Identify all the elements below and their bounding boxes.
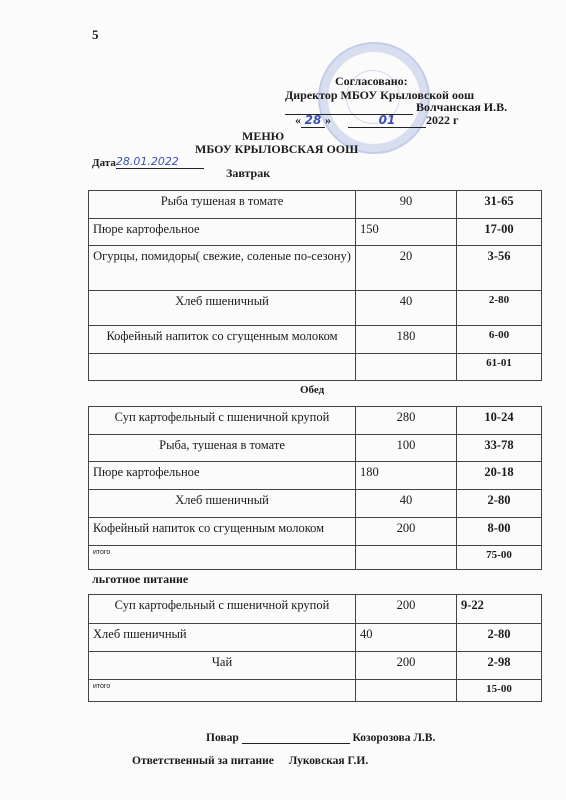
dish-price: 17-00	[457, 219, 542, 246]
dish-price: 2-80	[457, 624, 542, 652]
dish-weight: 200	[356, 652, 457, 680]
table-row: Пюре картофельное 150 17-00	[89, 219, 542, 246]
dish-price: 6-00	[457, 326, 542, 354]
approval-name: Волчанская И.В.	[416, 100, 507, 114]
dish-weight: 200	[356, 518, 457, 546]
dish-price: 2-98	[457, 652, 542, 680]
dish-price: 20-18	[457, 462, 542, 490]
dish-name: Рыба тушеная в томате	[89, 191, 356, 219]
total-row: 61-01	[89, 354, 542, 381]
dish-name: Хлеб пшеничный	[89, 490, 356, 518]
breakfast-title: Завтрак	[226, 166, 270, 181]
total-label: итого	[89, 546, 356, 570]
dish-name: Суп картофельный с пшеничной крупой	[89, 407, 356, 435]
table-row: Суп картофельный с пшеничной крупой 280 …	[89, 407, 542, 435]
dish-name: Огурцы, помидоры( свежие, соленые по-сез…	[89, 246, 356, 291]
subsidized-title: льготное питание	[92, 572, 188, 587]
total-price: 75-00	[457, 546, 542, 570]
page-number: 5	[92, 27, 99, 43]
lunch-title: Обед	[300, 384, 324, 396]
table-row: Кофейный напиток со сгущенным молоком 18…	[89, 326, 542, 354]
total-label	[89, 354, 356, 381]
dish-name: Суп картофельный с пшеничной крупой	[89, 595, 356, 624]
dish-price: 8-00	[457, 518, 542, 546]
date-value: 28.01.2022	[116, 155, 204, 169]
dish-weight: 100	[356, 435, 457, 462]
table-row: Хлеб пшеничный 40 2-80	[89, 624, 542, 652]
total-row: итого 15-00	[89, 680, 542, 702]
dish-price: 2-80	[457, 490, 542, 518]
cook-signature-icon	[242, 731, 350, 744]
approval-date: «28» 012022 г	[295, 113, 458, 128]
dish-name: Чай	[89, 652, 356, 680]
table-row: Суп картофельный с пшеничной крупой 200 …	[89, 595, 542, 624]
subsidized-table: Суп картофельный с пшеничной крупой 200 …	[88, 594, 542, 702]
dish-name: Хлеб пшеничный	[89, 291, 356, 326]
table-row: Огурцы, помидоры( свежие, соленые по-сез…	[89, 246, 542, 291]
dish-price: 2-80	[457, 291, 542, 326]
school-name: МБОУ КРЫЛОВСКАЯ ООШ	[195, 142, 358, 157]
dish-price: 9-22	[457, 595, 542, 624]
table-row: Пюре картофельное 180 20-18	[89, 462, 542, 490]
approval-year: 2022 г	[426, 113, 458, 127]
table-row: Хлеб пшеничный 40 2-80	[89, 490, 542, 518]
dish-weight: 180	[356, 462, 457, 490]
cook-name: Козорозова Л.В.	[353, 732, 436, 744]
cook-signature-row: Повар Козорозова Л.В.	[206, 731, 435, 744]
responsible-row: Ответственный за питание Луковская Г.И.	[132, 755, 368, 767]
table-row: Рыба тушеная в томате 90 31-65	[89, 191, 542, 219]
table-row: Чай 200 2-98	[89, 652, 542, 680]
dish-name: Кофейный напиток со сгущенным молоком	[89, 518, 356, 546]
dish-name: Пюре картофельное	[89, 462, 356, 490]
table-row: Кофейный напиток со сгущенным молоком 20…	[89, 518, 542, 546]
dish-weight: 200	[356, 595, 457, 624]
table-row: Хлеб пшеничный 40 2-80	[89, 291, 542, 326]
approval-day: 28	[301, 113, 325, 128]
dish-price: 3-56	[457, 246, 542, 291]
dish-price: 33-78	[457, 435, 542, 462]
total-row: итого 75-00	[89, 546, 542, 570]
dish-weight: 280	[356, 407, 457, 435]
total-label: итого	[89, 680, 356, 702]
date-label: Дата	[92, 157, 116, 169]
dish-name: Рыба, тушеная в томате	[89, 435, 356, 462]
dish-weight: 40	[356, 490, 457, 518]
approval-title: Согласовано:	[335, 74, 408, 89]
responsible-name: Луковская Г.И.	[289, 755, 368, 767]
dish-price: 10-24	[457, 407, 542, 435]
dish-name: Пюре картофельное	[89, 219, 356, 246]
dish-price: 31-65	[457, 191, 542, 219]
dish-weight: 150	[356, 219, 457, 246]
responsible-label: Ответственный за питание	[132, 755, 274, 767]
breakfast-table: Рыба тушеная в томате 90 31-65 Пюре карт…	[88, 190, 542, 381]
dish-name: Хлеб пшеничный	[89, 624, 356, 652]
table-row: Рыба, тушеная в томате 100 33-78	[89, 435, 542, 462]
dish-name: Кофейный напиток со сгущенным молоком	[89, 326, 356, 354]
dish-weight: 40	[356, 624, 457, 652]
total-price: 61-01	[457, 354, 542, 381]
dish-weight: 90	[356, 191, 457, 219]
cook-label: Повар	[206, 732, 239, 744]
dish-weight: 180	[356, 326, 457, 354]
approval-month: 01	[348, 113, 426, 128]
total-price: 15-00	[457, 680, 542, 702]
dish-weight: 40	[356, 291, 457, 326]
date-row: Дата28.01.2022	[92, 155, 204, 169]
dish-weight: 20	[356, 246, 457, 291]
lunch-table: Суп картофельный с пшеничной крупой 280 …	[88, 406, 542, 570]
